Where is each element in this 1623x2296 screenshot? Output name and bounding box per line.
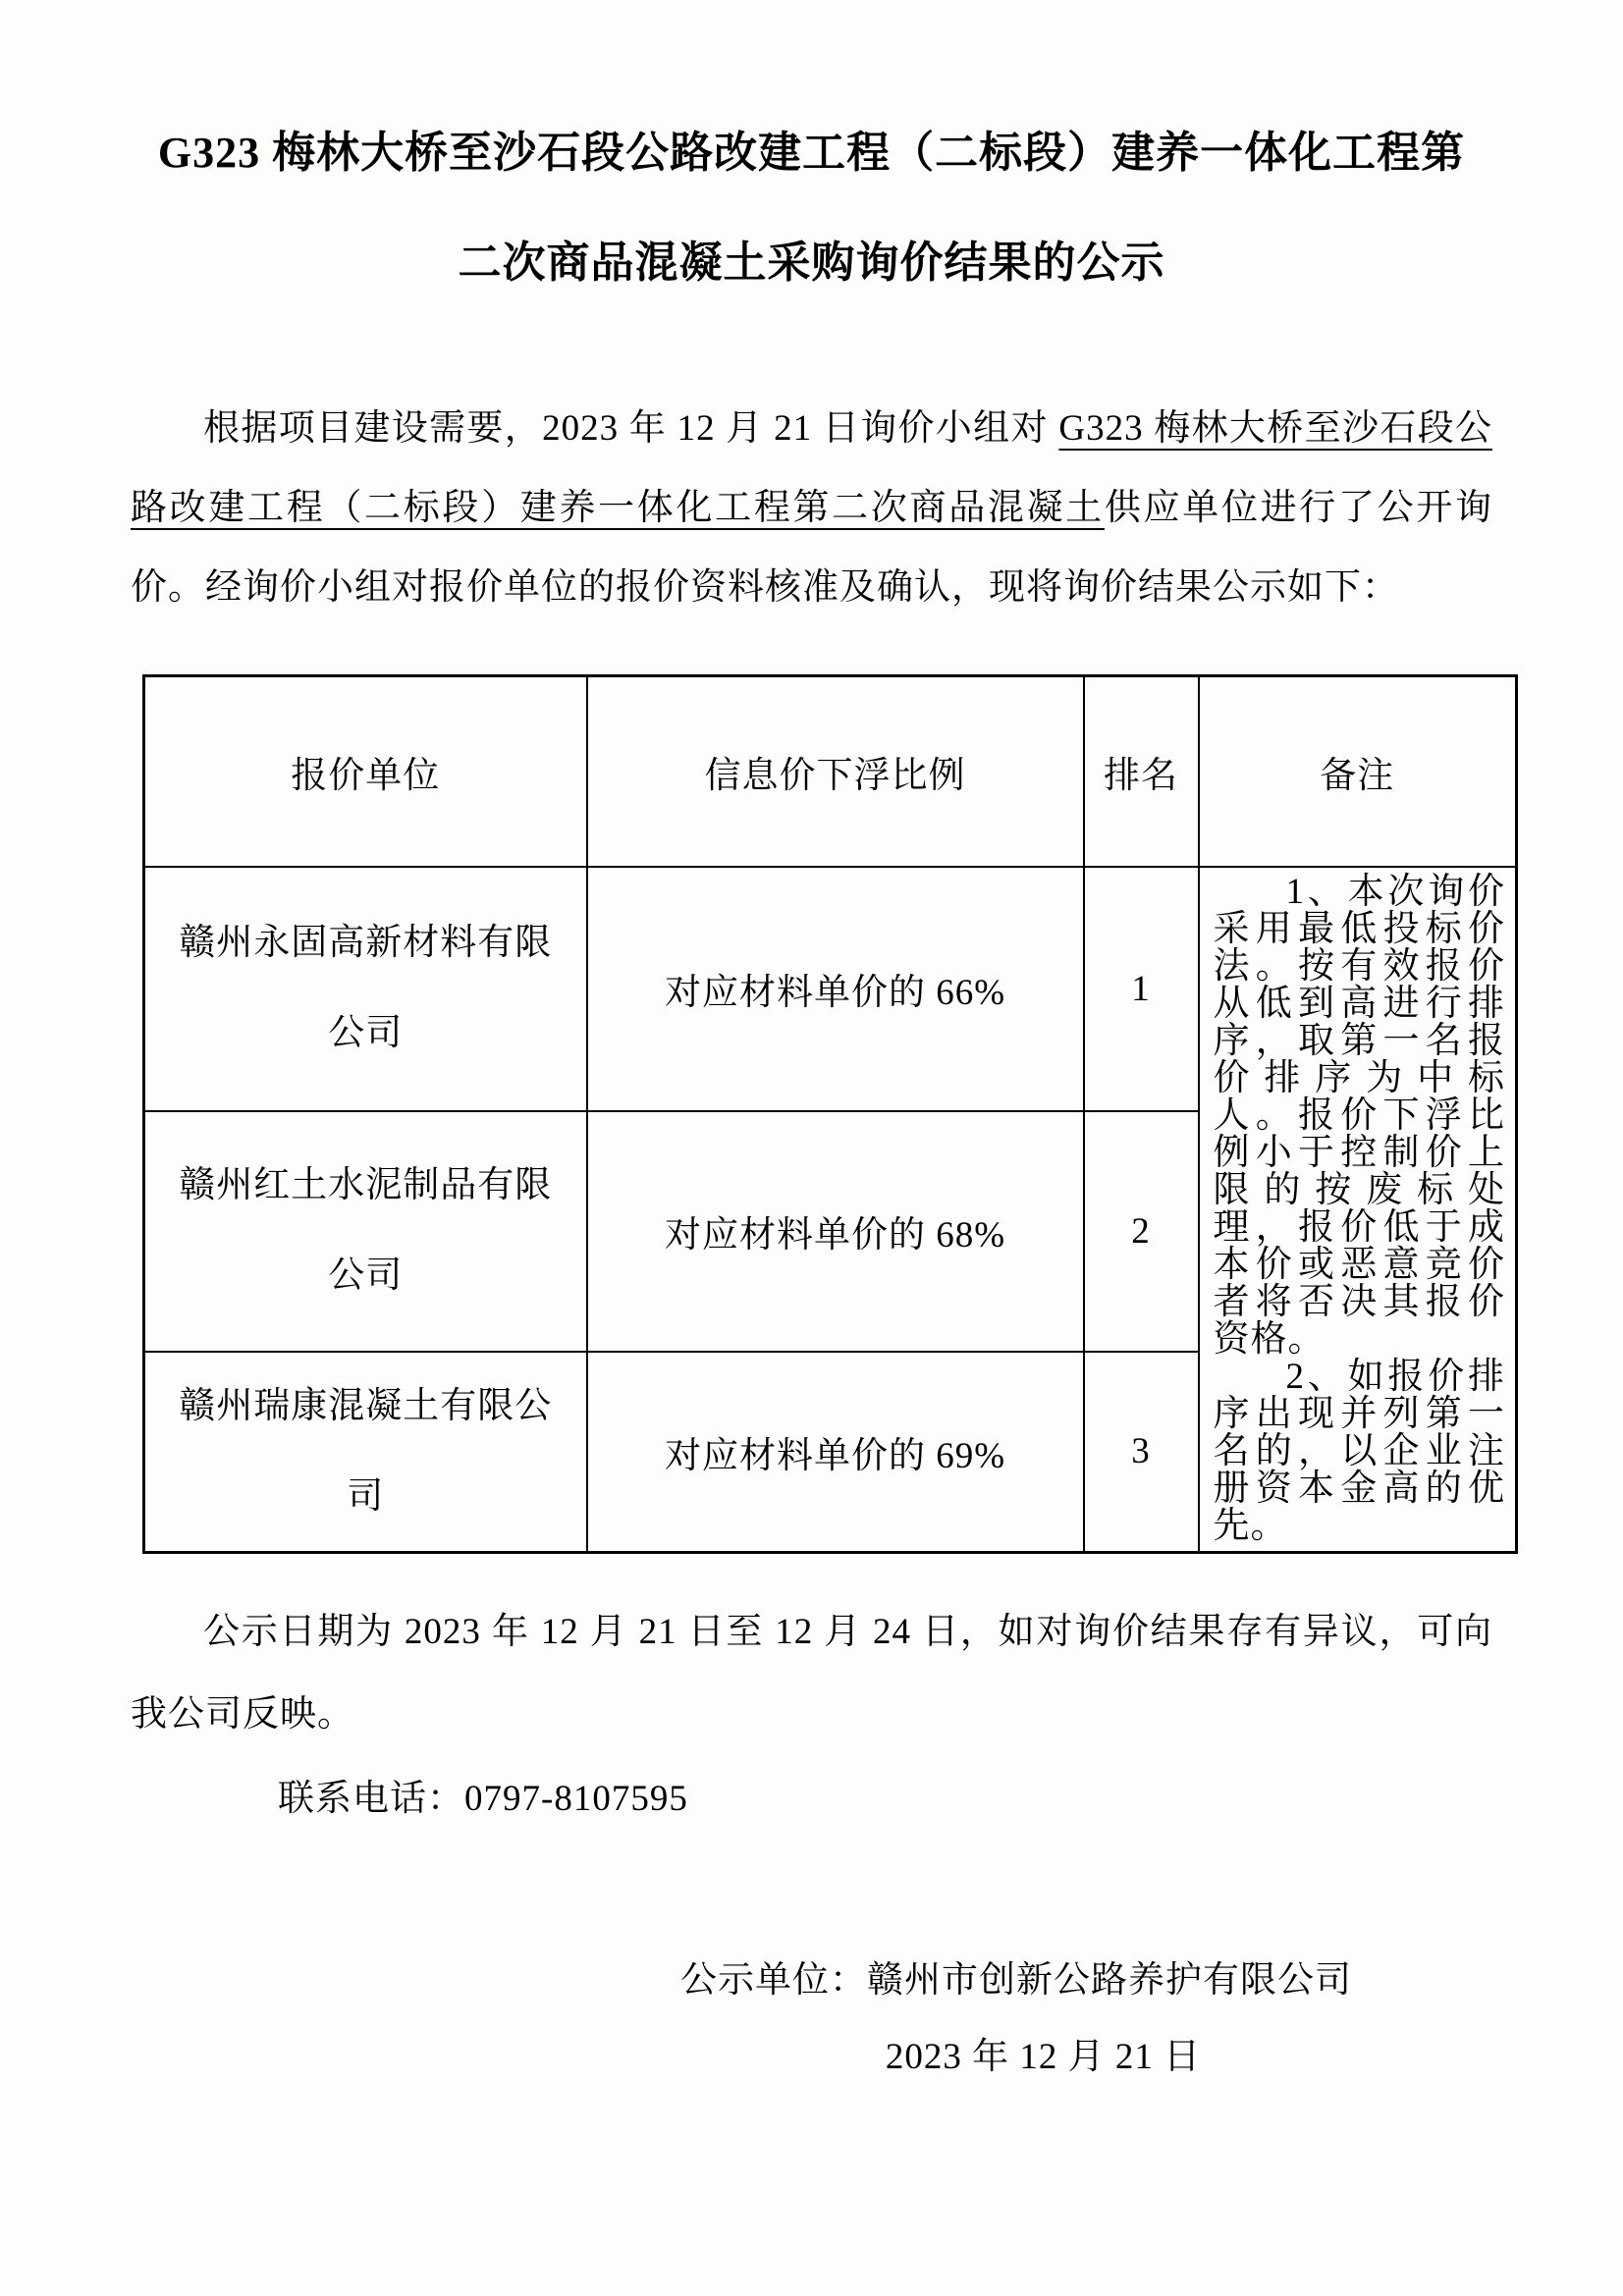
remarks-paragraph-1: 1、本次询价采用最低投标价法。按有效报价从低到高进行排序，取第一名报价排序为中标… [1214,874,1506,1359]
remarks-paragraph-2: 2、如报价排序出现并列第一名的，以企业注册资本金高的优先。 [1214,1359,1506,1545]
publish-date: 2023 年 12 月 21 日 [680,2033,1352,2082]
header-rank: 排名 [1084,676,1199,867]
rank-value: 2 [1084,1111,1199,1352]
company-name: 赣州永固高新材料有限公司 [144,867,587,1111]
publisher-name: 公示单位：赣州市创新公路养护有限公司 [680,1956,1352,2005]
publicity-period-notice: 公示日期为 2023 年 12 月 21 日至 12 月 24 日，如对询价结果… [131,1591,1492,1756]
header-remark: 备注 [1199,676,1517,867]
table-header-row: 报价单位 信息价下浮比例 排名 备注 [144,676,1517,867]
ratio-value: 对应材料单价的 69% [587,1352,1084,1552]
intro-text-before: 根据项目建设需要，2023 年 12 月 21 日询价小组对 [203,408,1058,449]
ratio-value: 对应材料单价的 66% [587,867,1084,1111]
document-title: G323 梅林大桥至沙石段公路改建工程（二标段）建养一体化工程第 二次商品混凝土… [0,0,1623,318]
table-row: 赣州永固高新材料有限公司 对应材料单价的 66% 1 1、本次询价采用最低投标价… [144,867,1517,1111]
remarks-cell: 1、本次询价采用最低投标价法。按有效报价从低到高进行排序，取第一名报价排序为中标… [1199,867,1517,1553]
quotation-result-table: 报价单位 信息价下浮比例 排名 备注 赣州永固高新材料有限公司 对应材料单价的 … [142,674,1518,1554]
header-company: 报价单位 [144,676,587,867]
rank-value: 1 [1084,867,1199,1111]
intro-paragraph: 根据项目建设需要，2023 年 12 月 21 日询价小组对 G323 梅林大桥… [131,389,1492,627]
header-ratio: 信息价下浮比例 [587,676,1084,867]
contact-phone: 联系电话：0797-8107595 [278,1758,1492,1841]
title-line-1: G323 梅林大桥至沙石段公路改建工程（二标段）建养一体化工程第 [0,98,1623,208]
company-name: 赣州瑞康混凝土有限公司 [144,1352,587,1552]
title-line-2: 二次商品混凝土采购询价结果的公示 [0,208,1623,318]
document-page: G323 梅林大桥至沙石段公路改建工程（二标段）建养一体化工程第 二次商品混凝土… [0,0,1623,2296]
rank-value: 3 [1084,1352,1199,1552]
company-name: 赣州红土水泥制品有限公司 [144,1111,587,1352]
ratio-value: 对应材料单价的 68% [587,1111,1084,1352]
signature-block: 公示单位：赣州市创新公路养护有限公司 2023 年 12 月 21 日 [680,1956,1352,2082]
